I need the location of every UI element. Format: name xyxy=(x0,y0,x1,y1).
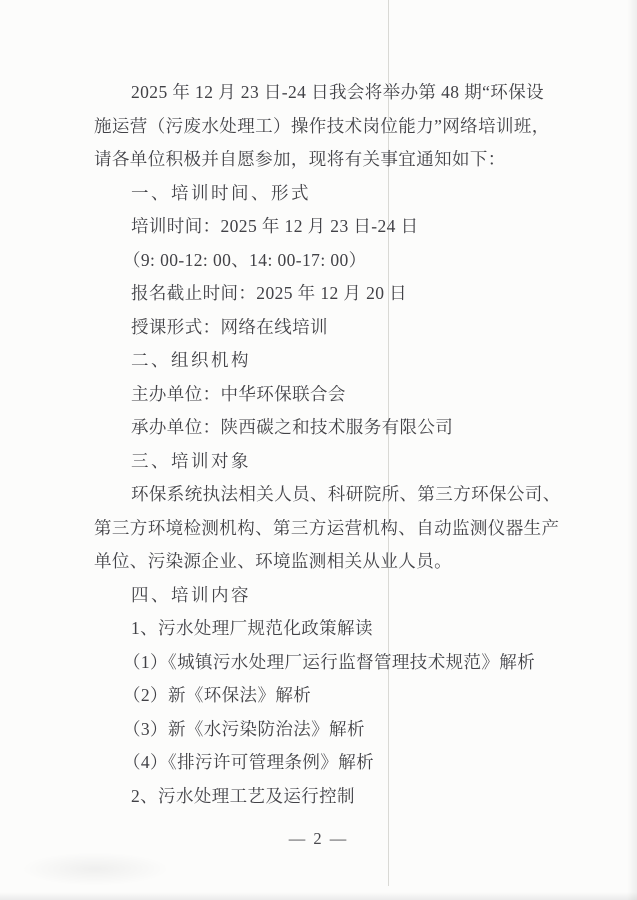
scan-smudge xyxy=(20,852,170,886)
section-3-heading: 三、培训对象 xyxy=(94,445,567,479)
content-item-1-4: （4）《排污许可管理条例》解析 xyxy=(94,746,567,780)
intro-line-3: 请各单位积极并自愿参加，现将有关事宜通知如下： xyxy=(94,143,567,177)
training-time-line: 培训时间：2025 年 12 月 23 日-24 日 xyxy=(94,210,567,244)
content-item-1-3: （3）新《水污染防治法》解析 xyxy=(94,713,567,747)
audience-line-1: 环保系统执法相关人员、科研院所、第三方环保公司、 xyxy=(94,478,567,512)
registration-deadline-line: 报名截止时间：2025 年 12 月 20 日 xyxy=(94,277,567,311)
content-item-1-1: （1）《城镇污水处理厂运行监督管理技术规范》解析 xyxy=(94,646,567,680)
teaching-format-line: 授课形式：网络在线培训 xyxy=(94,311,567,345)
scanned-notice-page: 2025 年 12 月 23 日-24 日我会将举办第 48 期“环保设 施运营… xyxy=(0,0,637,900)
organizer-line: 主办单位：中华环保联合会 xyxy=(94,378,567,412)
audience-line-3: 单位、污染源企业、环境监测相关从业人员。 xyxy=(94,545,567,579)
section-1-heading: 一、培训时间、形式 xyxy=(94,177,567,211)
co-organizer-line: 承办单位：陕西碳之和技术服务有限公司 xyxy=(94,411,567,445)
content-item-1: 1、污水处理厂规范化政策解读 xyxy=(94,612,567,646)
scan-edge-shadow-right xyxy=(627,0,637,900)
notice-body: 2025 年 12 月 23 日-24 日我会将举办第 48 期“环保设 施运营… xyxy=(94,76,567,813)
page-number: — 2 — xyxy=(0,829,637,849)
section-2-heading: 二、组织机构 xyxy=(94,344,567,378)
audience-line-2: 第三方环境检测机构、第三方运营机构、自动监测仪器生产 xyxy=(94,512,567,546)
content-item-1-2: （2）新《环保法》解析 xyxy=(94,679,567,713)
intro-line-1: 2025 年 12 月 23 日-24 日我会将举办第 48 期“环保设 xyxy=(94,76,567,110)
content-item-2: 2、污水处理工艺及运行控制 xyxy=(94,780,567,814)
scan-edge-shadow-bottom xyxy=(0,892,637,900)
intro-line-2: 施运营（污废水处理工）操作技术岗位能力”网络培训班， xyxy=(94,110,567,144)
training-hours-line: （9: 00-12: 00、14: 00-17: 00） xyxy=(94,244,567,278)
section-4-heading: 四、培训内容 xyxy=(94,579,567,613)
